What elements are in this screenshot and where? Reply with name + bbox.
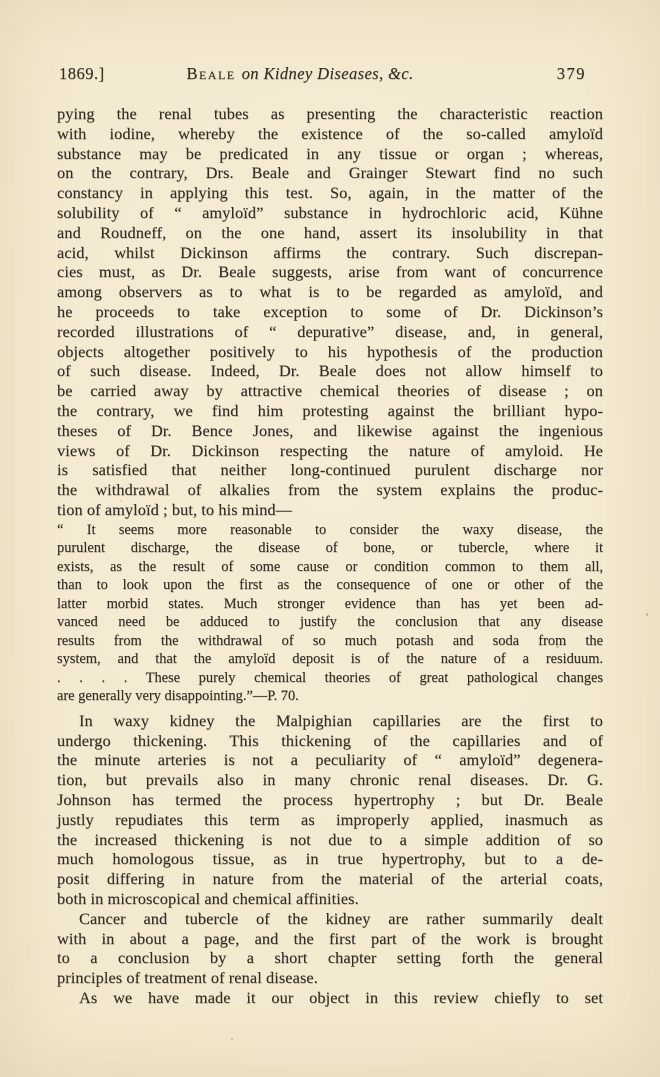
text-line: system, and that the amyloïd deposit is … (57, 650, 603, 669)
text-line: with iodine, whereby the existence of th… (57, 124, 603, 144)
paragraph-cancer-tubercle: Cancer and tubercle of the kidney are ra… (57, 909, 603, 988)
text-line: . . . . These purely chemical theories o… (57, 669, 603, 688)
text-line: of such disease. Indeed, Dr. Beale does … (57, 361, 603, 381)
text-line: recorded illustrations of “ depurative” … (57, 322, 603, 342)
text-line: latter morbid states. Much stronger evid… (57, 595, 603, 614)
text-line: substance may be predicated in any tissu… (57, 144, 603, 164)
text-line: acid, whilst Dickinson affirms the contr… (57, 243, 603, 263)
page-header: 1869.] Bealeon Kidney Diseases, &c. 379 (57, 64, 603, 86)
text-line: the minute arteries is not a peculiarity… (57, 750, 603, 770)
running-title-work: on Kidney Diseases, &c. (242, 64, 414, 83)
text-line: undergo thickening. This thickening of t… (57, 731, 603, 751)
page-content: 1869.] Bealeon Kidney Diseases, &c. 379 … (57, 64, 603, 1008)
text-line: is satisfied that neither long-continued… (57, 460, 603, 480)
text-line: tion, but prevails also in many chronic … (57, 770, 603, 790)
text-line: pying the renal tubes as presenting the … (57, 104, 603, 124)
text-line: exists, as the result of some cause or c… (57, 558, 603, 577)
text-line: justly repudiates this term as improperl… (57, 810, 603, 830)
text-line: objects altogether positively to his hyp… (57, 342, 603, 362)
text-line: the withdrawal of alkalies from the syst… (57, 480, 603, 500)
text-line: much homologous tissue, as in true hyper… (57, 849, 603, 869)
paper-speck (556, 646, 559, 648)
running-title-author: Beale (186, 64, 235, 83)
paper-speck (231, 1038, 233, 1040)
text-line: both in microscopical and chemical affin… (57, 889, 603, 909)
text-line: vanced need be adduced to justify the co… (57, 613, 603, 632)
text-line: results from the withdrawal of so much p… (57, 632, 603, 651)
text-line: constancy in applying this test. So, aga… (57, 183, 603, 203)
text-line: cies must, as Dr. Beale suggests, arise … (57, 262, 603, 282)
header-date: 1869.] (59, 64, 105, 84)
page-number: 379 (557, 64, 586, 84)
text-line: among observers as to what is to be rega… (57, 282, 603, 302)
text-line: tion of amyloïd ; but, to his mind— (57, 500, 603, 520)
text-line: views of Dr. Dickinson respecting the na… (57, 441, 603, 461)
paragraph-waxy-kidney: In waxy kidney the Malpighian capillarie… (57, 711, 603, 909)
paper-speck (120, 500, 122, 502)
text-line: Johnson has termed the process hypertrop… (57, 790, 603, 810)
text-line: and Roudneff, on the one hand, assert it… (57, 223, 603, 243)
text-line: posit differing in nature from the mater… (57, 869, 603, 889)
text-line: the contrary, we find him protesting aga… (57, 401, 603, 421)
text-line: solubility of “ amyloïd” substance in hy… (57, 203, 603, 223)
running-title: Bealeon Kidney Diseases, &c. (186, 64, 413, 84)
text-line: Cancer and tubercle of the kidney are ra… (57, 909, 603, 929)
text-line: he proceeds to take exception to some of… (57, 302, 603, 322)
text-line: to a conclusion by a short chapter setti… (57, 948, 603, 968)
scanned-page: 1869.] Bealeon Kidney Diseases, &c. 379 … (0, 0, 660, 1077)
text-line: purulent discharge, the disease of bone,… (57, 539, 603, 558)
text-line: In waxy kidney the Malpighian capillarie… (57, 711, 603, 731)
text-line: the increased thickening is not due to a… (57, 830, 603, 850)
text-line: principles of treatment of renal disease… (57, 968, 603, 988)
paper-speck (646, 613, 648, 616)
text-line: on the contrary, Drs. Beale and Grainger… (57, 163, 603, 183)
text-line: than to look upon the first as the conse… (57, 576, 603, 595)
text-line: “ It seems more reasonable to consider t… (57, 521, 603, 540)
paragraph-continuation: pying the renal tubes as presenting the … (57, 104, 603, 520)
text-line: with in about a page, and the first part… (57, 929, 603, 949)
text-line: are generally very disappointing.”—P. 70… (57, 687, 603, 706)
text-line: As we have made it our object in this re… (57, 988, 603, 1008)
block-quote: “ It seems more reasonable to consider t… (57, 521, 603, 706)
paragraph-review-object: As we have made it our object in this re… (57, 988, 603, 1008)
text-line: be carried away by attractive chemical t… (57, 381, 603, 401)
text-line: theses of Dr. Bence Jones, and likewise … (57, 421, 603, 441)
